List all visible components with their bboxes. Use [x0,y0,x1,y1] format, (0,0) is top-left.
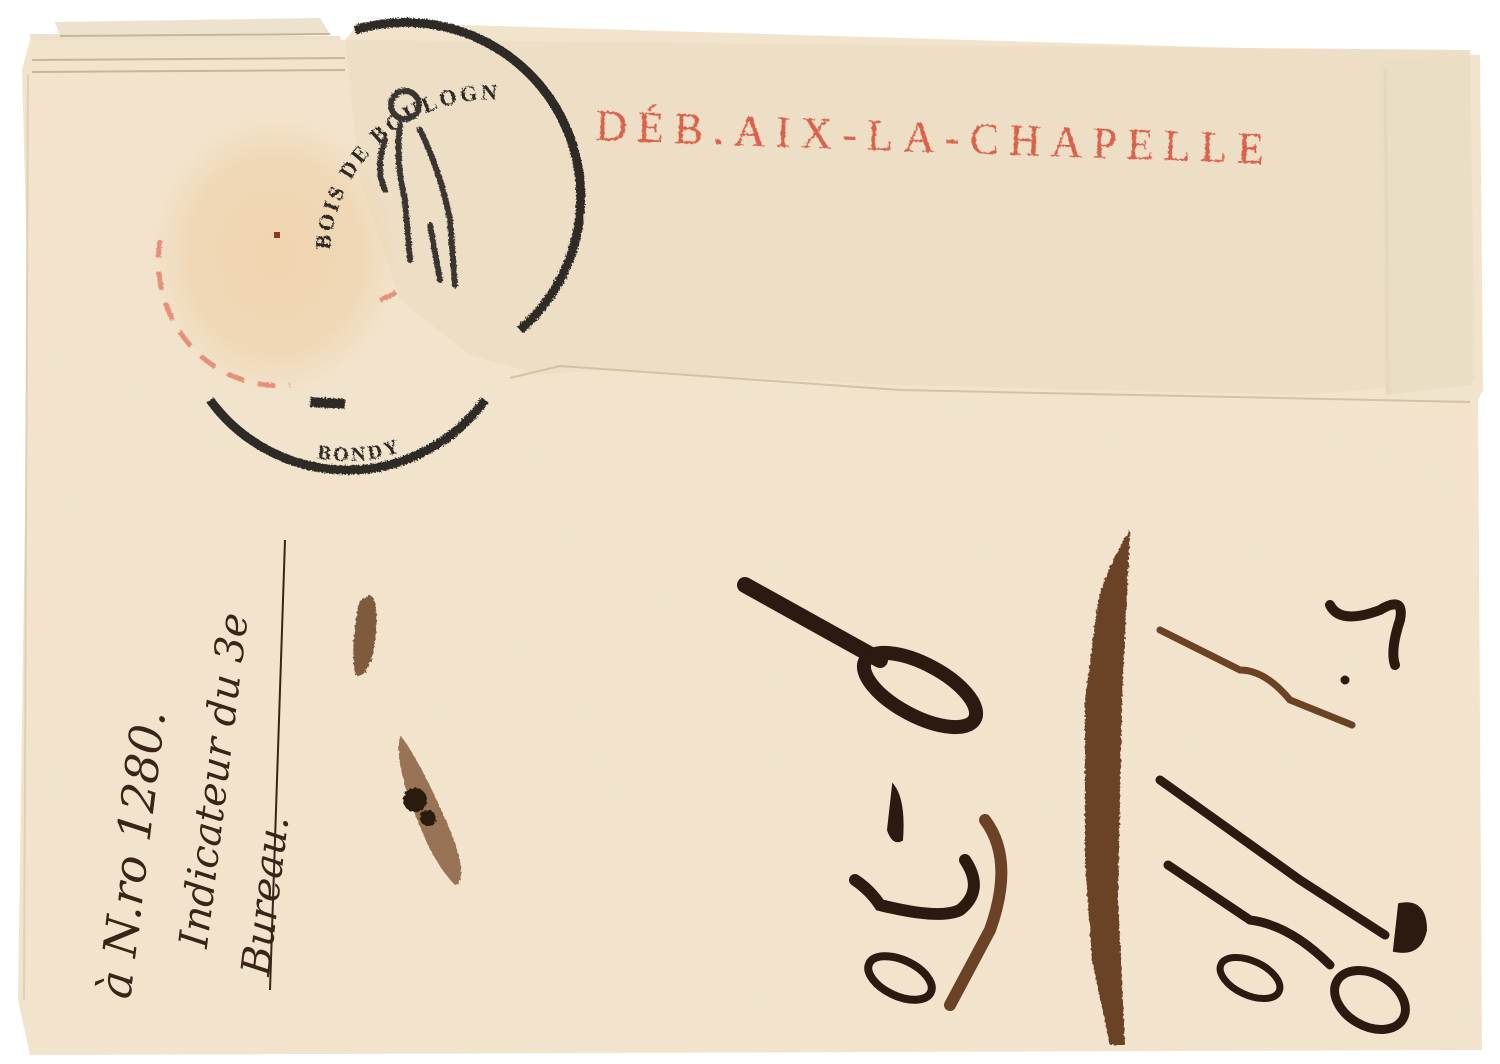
upper-flap [345,40,1475,395]
letter-photo: BOIS DE BOULOGNE BONDY DÉB.AIX-LA-CHAPEL… [0,0,1500,1064]
fold-strip-back [55,18,330,36]
right-edge-flap [1380,58,1472,395]
